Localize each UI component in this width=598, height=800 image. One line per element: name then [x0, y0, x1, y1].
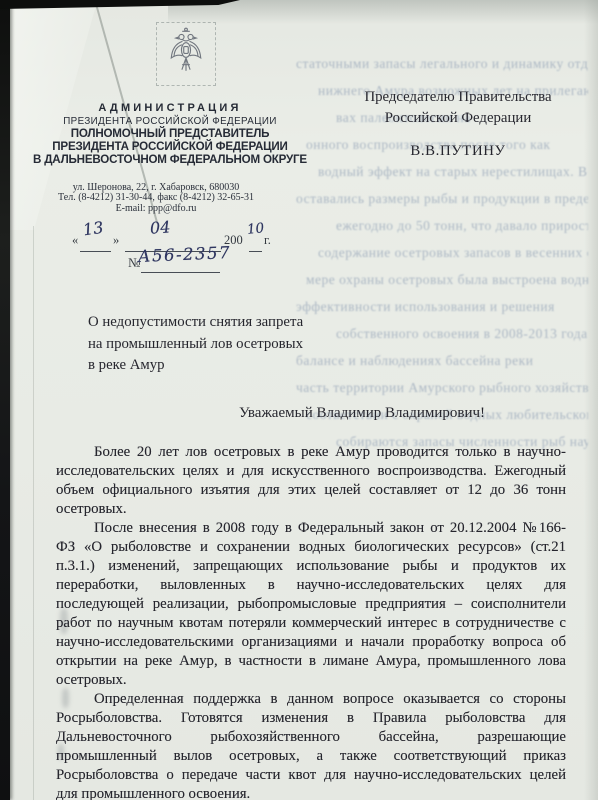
text-line: Росрыболовства о передаче части квот для… [56, 766, 566, 785]
addressee-line2: Российской Федерации [336, 110, 580, 127]
scanned-letter-page: статочными запасы легального и динамику … [0, 0, 598, 800]
text-line: промышленный вылов осетровых, а также со… [56, 747, 566, 766]
addressee-line1: Председателю Правительства [336, 89, 580, 106]
text-line: в реке Амур [88, 355, 358, 377]
text-line: п.3.1.) изменений, запрещающих использов… [56, 557, 566, 576]
handwritten-year: 10 [246, 220, 265, 238]
letter-body: Более 20 лет лов осетровых в реке Амур п… [56, 443, 566, 800]
text-line: Более 20 лет лов осетровых в реке Амур п… [56, 443, 566, 462]
scan-left-edge [0, 0, 10, 800]
text-line: объем официального изъятия для этих целе… [56, 481, 566, 500]
salutation: Уважаемый Владимир Владимирович! [57, 405, 567, 422]
paragraph-3: Определенная поддержка в данном вопросе … [56, 690, 566, 800]
handwritten-day: 13 [82, 218, 105, 240]
day-underline [80, 250, 111, 252]
text-line: исследовательских целях и для искусствен… [56, 462, 566, 481]
text-line: научно-исследовательскими организациями … [56, 633, 566, 652]
paragraph-2: После внесения в 2008 году в Федеральный… [56, 519, 566, 690]
handwritten-month: 04 [149, 217, 171, 237]
text-line: Дальневосточного рыбохозяйственного басс… [56, 728, 566, 747]
close-quote: » [113, 233, 119, 248]
text-line: на промышленный лов осетровых [88, 334, 358, 356]
text-line: ФЗ «О рыболовстве и сохранении водных би… [56, 538, 566, 557]
year-unit: г. [264, 233, 271, 248]
paragraph-1: Более 20 лет лов осетровых в реке Амур п… [56, 443, 566, 519]
text-line: собственного освоения в 2008-2013 годах [336, 320, 588, 347]
subject-block: О недопустимости снятия запретана промыш… [88, 312, 358, 377]
handwritten-number: А56-2357 [138, 243, 232, 266]
text-line: работ по научным квотам потеряли коммерч… [56, 614, 566, 633]
page-edge-line [33, 226, 34, 800]
year-underline [249, 250, 262, 252]
text-line: Росрыболовства. Готовятся изменения в Пр… [56, 709, 566, 728]
text-line: осетровых. [56, 500, 566, 519]
text-line: для промышленного освоения. [56, 785, 566, 800]
addressee-name: В.В.ПУТИНУ [336, 143, 580, 160]
text-line: часть территории Амурского рыбного хозяй… [296, 374, 588, 401]
number-underline [141, 271, 220, 273]
text-line: О недопустимости снятия запрета [88, 312, 358, 334]
text-line: открытии на реке Амур, в частности в лим… [56, 652, 566, 671]
scan-top-shadow [168, 0, 598, 24]
text-line: Определенная поддержка в данном вопросе … [56, 690, 566, 709]
text-line: переработки, выловленных в научно-исслед… [56, 576, 566, 595]
addressee-block: Председателю Правительства Российской Фе… [336, 89, 580, 160]
open-quote: « [72, 233, 78, 248]
scan-right-shadow [584, 0, 598, 800]
text-line: осетровых. [56, 671, 566, 690]
text-line: После внесения в 2008 году в Федеральный… [56, 519, 566, 538]
text-line: последующей реализации, рыбопромысловые … [56, 595, 566, 614]
